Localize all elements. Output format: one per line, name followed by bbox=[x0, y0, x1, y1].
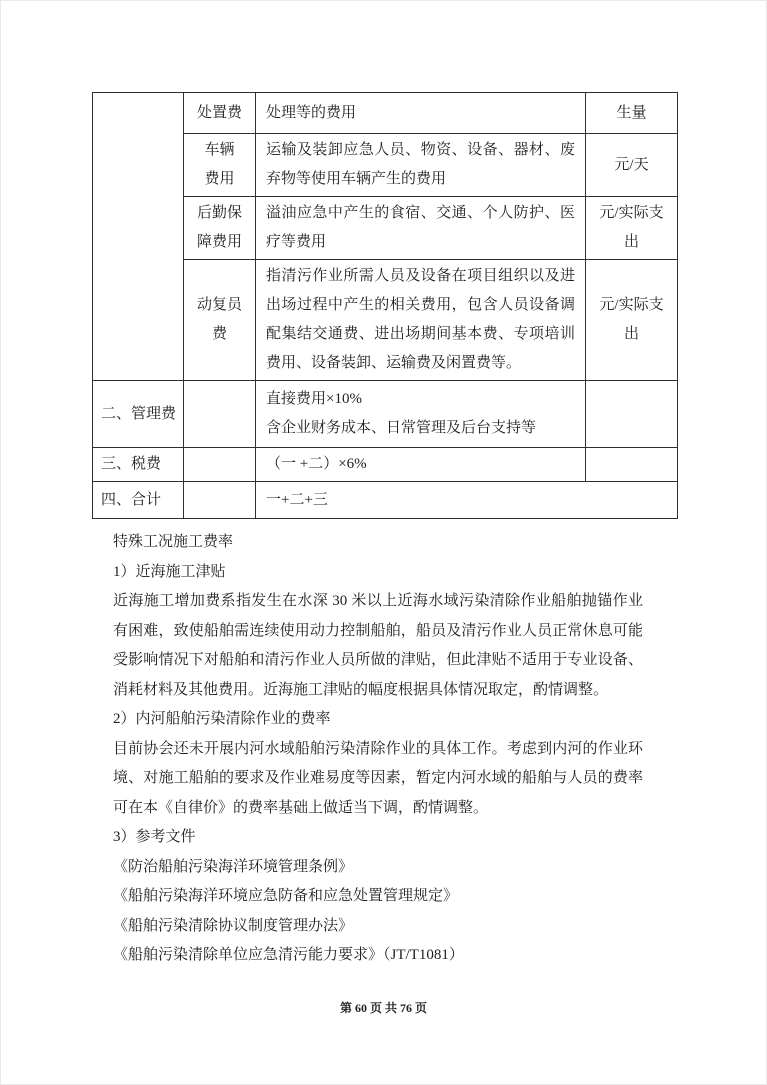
cell-disposal-fee-name: 处置费 bbox=[184, 93, 256, 134]
paragraph-inland-river-rates: 目前协会还未开展内河水域船舶污染清除作业的具体工作。考虑到内河的作业环境、对施工… bbox=[113, 735, 643, 824]
cell-vehicle-fee-unit: 元/天 bbox=[586, 134, 678, 197]
cell-management-fee-label: 二、管理费 bbox=[93, 381, 184, 448]
cell-vehicle-fee-desc: 运输及装卸应急人员、物资、设备、器材、废弃物等使用车辆产生的费用 bbox=[256, 134, 586, 197]
cell-mobilization-fee-unit: 元/实际支 出 bbox=[586, 260, 678, 381]
body-text-block: 特殊工况施工费率 1）近海施工津贴 近海施工增加费系指发生在水深 30 米以上近… bbox=[113, 528, 643, 971]
table-row: 二、管理费 直接费用×10% 含企业财务成本、日常管理及后台支持等 bbox=[93, 381, 678, 448]
subsection-title-inland-river-rates: 2）内河船舶污染清除作业的费率 bbox=[113, 705, 643, 735]
reference-item: 《船舶污染海洋环境应急防备和应急处置管理规定》 bbox=[113, 882, 643, 912]
reference-item: 《防治船舶污染海洋环境管理条例》 bbox=[113, 853, 643, 883]
cell-management-fee-desc: 直接费用×10% 含企业财务成本、日常管理及后台支持等 bbox=[256, 381, 586, 448]
table-row: 四、合计 一+二+三 bbox=[93, 482, 678, 519]
special-conditions-heading: 特殊工况施工费率 bbox=[113, 528, 643, 558]
cell-disposal-fee-desc: 处理等的费用 bbox=[256, 93, 586, 134]
cell-logistics-fee-name: 后勤保 障费用 bbox=[184, 197, 256, 260]
cell-direct-fee-category-empty bbox=[93, 93, 184, 381]
subsection-title-reference-documents: 3）参考文件 bbox=[113, 823, 643, 853]
document-page: 处置费 处理等的费用 生量 车辆 费用 运输及装卸应急人员、物资、设备、器材、废… bbox=[0, 0, 767, 1085]
cell-vehicle-fee-name: 车辆 费用 bbox=[184, 134, 256, 197]
cell-tax-fee-name-empty bbox=[184, 448, 256, 482]
cell-tax-fee-unit-empty bbox=[586, 448, 678, 482]
subsection-title-offshore-allowance: 1）近海施工津贴 bbox=[113, 558, 643, 588]
cell-total-fee-name-empty bbox=[184, 482, 256, 519]
cell-disposal-fee-unit: 生量 bbox=[586, 93, 678, 134]
reference-item: 《船舶污染清除协议制度管理办法》 bbox=[113, 912, 643, 942]
cell-tax-fee-label: 三、税费 bbox=[93, 448, 184, 482]
reference-item: 《船舶污染清除单位应急清污能力要求》（JT/T1081） bbox=[113, 941, 643, 971]
cell-tax-fee-desc: （一 +二）×6% bbox=[256, 448, 586, 482]
cell-logistics-fee-desc: 溢油应急中产生的食宿、交通、个人防护、医疗等费用 bbox=[256, 197, 586, 260]
cell-mobilization-fee-desc: 指清污作业所需人员及设备在项目组织以及进出场过程中产生的相关费用，包含人员设备调… bbox=[256, 260, 586, 381]
cell-total-fee-desc: 一+二+三 bbox=[256, 482, 678, 519]
paragraph-offshore-allowance: 近海施工增加费系指发生在水深 30 米以上近海水域污染清除作业船舶抛锚作业有困难… bbox=[113, 587, 643, 705]
cell-logistics-fee-unit: 元/实际支 出 bbox=[586, 197, 678, 260]
page-number-footer: 第 60 页 共 76 页 bbox=[0, 999, 767, 1016]
cell-management-fee-unit-empty bbox=[586, 381, 678, 448]
cell-total-fee-label: 四、合计 bbox=[93, 482, 184, 519]
cell-mobilization-fee-name: 动复员 费 bbox=[184, 260, 256, 381]
cell-management-fee-name-empty bbox=[184, 381, 256, 448]
table-row: 三、税费 （一 +二）×6% bbox=[93, 448, 678, 482]
fee-structure-table: 处置费 处理等的费用 生量 车辆 费用 运输及装卸应急人员、物资、设备、器材、废… bbox=[92, 92, 678, 519]
table-row: 处置费 处理等的费用 生量 bbox=[93, 93, 678, 134]
